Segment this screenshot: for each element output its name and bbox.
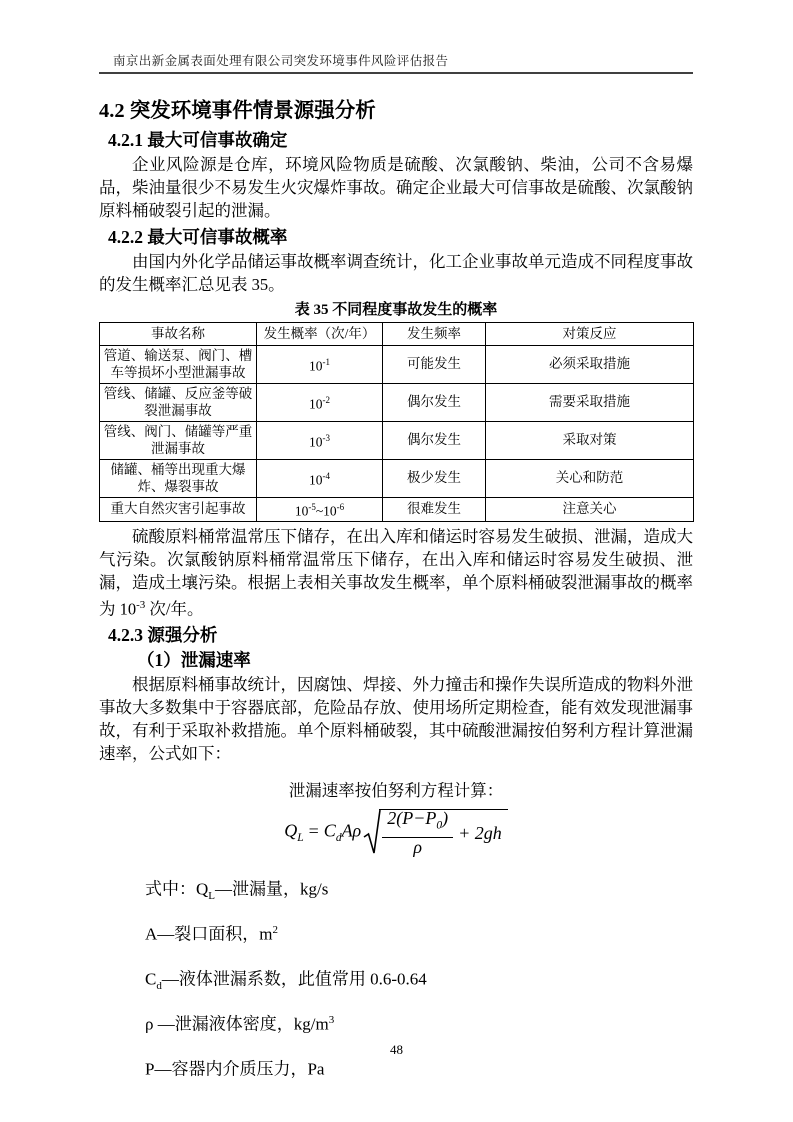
formula-intro: 泄漏速率按伯努利方程计算：: [99, 782, 693, 800]
paragraph-text: 次/年。: [145, 599, 203, 618]
cell-probability: 10-2: [257, 383, 383, 421]
table-35-accident-probability: 事故名称 发生概率（次/年） 发生频率 对策反应 管道、输送泵、阀门、槽车等损坏…: [99, 322, 694, 522]
table-row: 重大自然灾害引起事故 10-5~10-6 很难发生 注意关心: [100, 497, 694, 521]
var-text: C: [145, 970, 156, 989]
numerator-text: ): [442, 808, 448, 828]
var-sub: L: [208, 890, 215, 902]
prob-exponent: -6: [337, 502, 345, 512]
cell-frequency: 偶尔发生: [383, 383, 486, 421]
equals-sign: =: [309, 821, 319, 841]
cell-frequency: 极少发生: [383, 459, 486, 497]
cell-accident-name: 储罐、桶等出现重大爆炸、爆裂事故: [100, 459, 257, 497]
cell-probability: 10-1: [257, 345, 383, 383]
numerator-text: 2(P−P: [387, 808, 436, 828]
col-header-probability: 发生概率（次/年）: [257, 323, 383, 346]
subsection-leak-rate-heading: （1）泄漏速率: [137, 651, 693, 670]
var-text: A—裂口面积，m: [145, 925, 273, 944]
radicand: 2(P−P0)ρ+ 2gh: [379, 809, 508, 854]
table-row: 管道、输送泵、阀门、槽车等损坏小型泄漏事故 10-1 可能发生 必须采取措施: [100, 345, 694, 383]
document-page: 南京出新金属表面处理有限公司突发环境事件风险评估报告 4.2 突发环境事件情景源…: [0, 0, 793, 1122]
cell-probability: 10-4: [257, 459, 383, 497]
var-text: —液体泄漏系数，此值常用 0.6-0.64: [162, 970, 427, 989]
prob-exponent: -2: [323, 395, 331, 405]
formula-coef: C: [324, 821, 336, 841]
cell-frequency: 很难发生: [383, 497, 486, 521]
section-4-2-heading: 4.2 突发环境事件情景源强分析: [99, 100, 693, 123]
section-4-2-1-paragraph: 企业风险源是仓库，环境风险物质是硫酸、次氯酸钠、柴油，公司不含易爆品，柴油量很少…: [99, 153, 693, 222]
cell-response: 关心和防范: [486, 459, 694, 497]
var-sup: 2: [273, 924, 279, 936]
var-text: 式中：Q: [145, 880, 208, 899]
variable-definition: 式中：QL—泄漏量，kg/s: [145, 876, 693, 905]
cell-response: 注意关心: [486, 497, 694, 521]
var-text: P—容器内介质压力，Pa: [145, 1060, 324, 1079]
section-4-2-3-paragraph: 根据原料桶事故统计，因腐蚀、焊接、外力撞击和操作失误所造成的物料外泄事故大多数集…: [99, 673, 693, 765]
cell-accident-name: 管道、输送泵、阀门、槽车等损坏小型泄漏事故: [100, 345, 257, 383]
cell-accident-name: 重大自然灾害引起事故: [100, 497, 257, 521]
section-4-2-2-heading: 4.2.2 最大可信事故概率: [108, 227, 693, 247]
fraction-denominator: ρ: [413, 838, 422, 857]
variable-definition: ρ —泄漏液体密度，kg/m3: [145, 1011, 693, 1040]
formula-lhs: Q: [284, 821, 297, 841]
page-number: 48: [0, 1042, 793, 1057]
fraction: 2(P−P0)ρ: [382, 809, 453, 857]
section-4-2-2-paragraph: 由国内外化学品储运事故概率调查统计，化工企业事故单元造成不同程度事故的发生概率汇…: [99, 250, 693, 296]
cell-accident-name: 管线、阀门、储罐等严重泄漏事故: [100, 421, 257, 459]
square-root: 2(P−P0)ρ+ 2gh: [363, 809, 508, 856]
prob-base: 10: [309, 396, 323, 411]
paragraph-after-table: 硫酸原料桶常温常压下储存，在出入库和储运时容易发生破损、泄漏，造成大气污染。次氯…: [99, 525, 693, 621]
formula-tail: + 2gh: [458, 822, 502, 844]
var-text: ρ —泄漏液体密度，kg/m: [145, 1015, 329, 1034]
prob-base: ~10: [316, 503, 337, 518]
table-header-row: 事故名称 发生概率（次/年） 发生频率 对策反应: [100, 323, 694, 346]
bernoulli-formula: QL=CdAρ2(P−P0)ρ+ 2gh: [284, 809, 508, 856]
variable-definition: A—裂口面积，m2: [145, 921, 693, 950]
table-35-caption: 表 35 不同程度事故发生的概率: [99, 302, 693, 319]
prob-base: 10: [309, 358, 323, 373]
var-text: —泄漏量，kg/s: [215, 880, 328, 899]
prob-exponent: -4: [323, 471, 331, 481]
exponent-text: -3: [136, 599, 145, 611]
formula-lhs-sub: L: [297, 832, 303, 844]
section-4-2-3-heading: 4.2.3 源强分析: [108, 625, 693, 645]
cell-frequency: 可能发生: [383, 345, 486, 383]
prob-exponent: -3: [323, 433, 331, 443]
col-header-frequency: 发生频率: [383, 323, 486, 346]
running-header: 南京出新金属表面处理有限公司突发环境事件风险评估报告: [99, 54, 693, 74]
cell-response: 需要采取措施: [486, 383, 694, 421]
cell-response: 采取对策: [486, 421, 694, 459]
cell-response: 必须采取措施: [486, 345, 694, 383]
cell-frequency: 偶尔发生: [383, 421, 486, 459]
fraction-numerator: 2(P−P0): [382, 809, 453, 838]
variable-definition: Cd—液体泄漏系数，此值常用 0.6-0.64: [145, 966, 693, 995]
prob-base: 10: [309, 434, 323, 449]
prob-exponent: -5: [308, 502, 316, 512]
col-header-response: 对策反应: [486, 323, 694, 346]
section-4-2-1-heading: 4.2.1 最大可信事故确定: [108, 130, 693, 150]
prob-exponent: -1: [323, 357, 331, 367]
running-header-title: 南京出新金属表面处理有限公司突发环境事件风险评估报告: [113, 54, 448, 68]
cell-probability: 10-3: [257, 421, 383, 459]
prob-base: 10: [309, 472, 323, 487]
table-row: 储罐、桶等出现重大爆炸、爆裂事故 10-4 极少发生 关心和防范: [100, 459, 694, 497]
table-row: 管线、储罐、反应釜等破裂泄漏事故 10-2 偶尔发生 需要采取措施: [100, 383, 694, 421]
formula-row: QL=CdAρ2(P−P0)ρ+ 2gh: [99, 809, 693, 856]
var-sup: 3: [329, 1014, 335, 1026]
page-content: 南京出新金属表面处理有限公司突发环境事件风险评估报告 4.2 突发环境事件情景源…: [99, 0, 693, 1101]
cell-probability: 10-5~10-6: [257, 497, 383, 521]
prob-base: 10: [295, 503, 309, 518]
col-header-accident-name: 事故名称: [100, 323, 257, 346]
variable-definition: P—容器内介质压力，Pa: [145, 1056, 693, 1085]
cell-accident-name: 管线、储罐、反应釜等破裂泄漏事故: [100, 383, 257, 421]
table-row: 管线、阀门、储罐等严重泄漏事故 10-3 偶尔发生 采取对策: [100, 421, 694, 459]
formula-area-density: Aρ: [342, 821, 362, 841]
